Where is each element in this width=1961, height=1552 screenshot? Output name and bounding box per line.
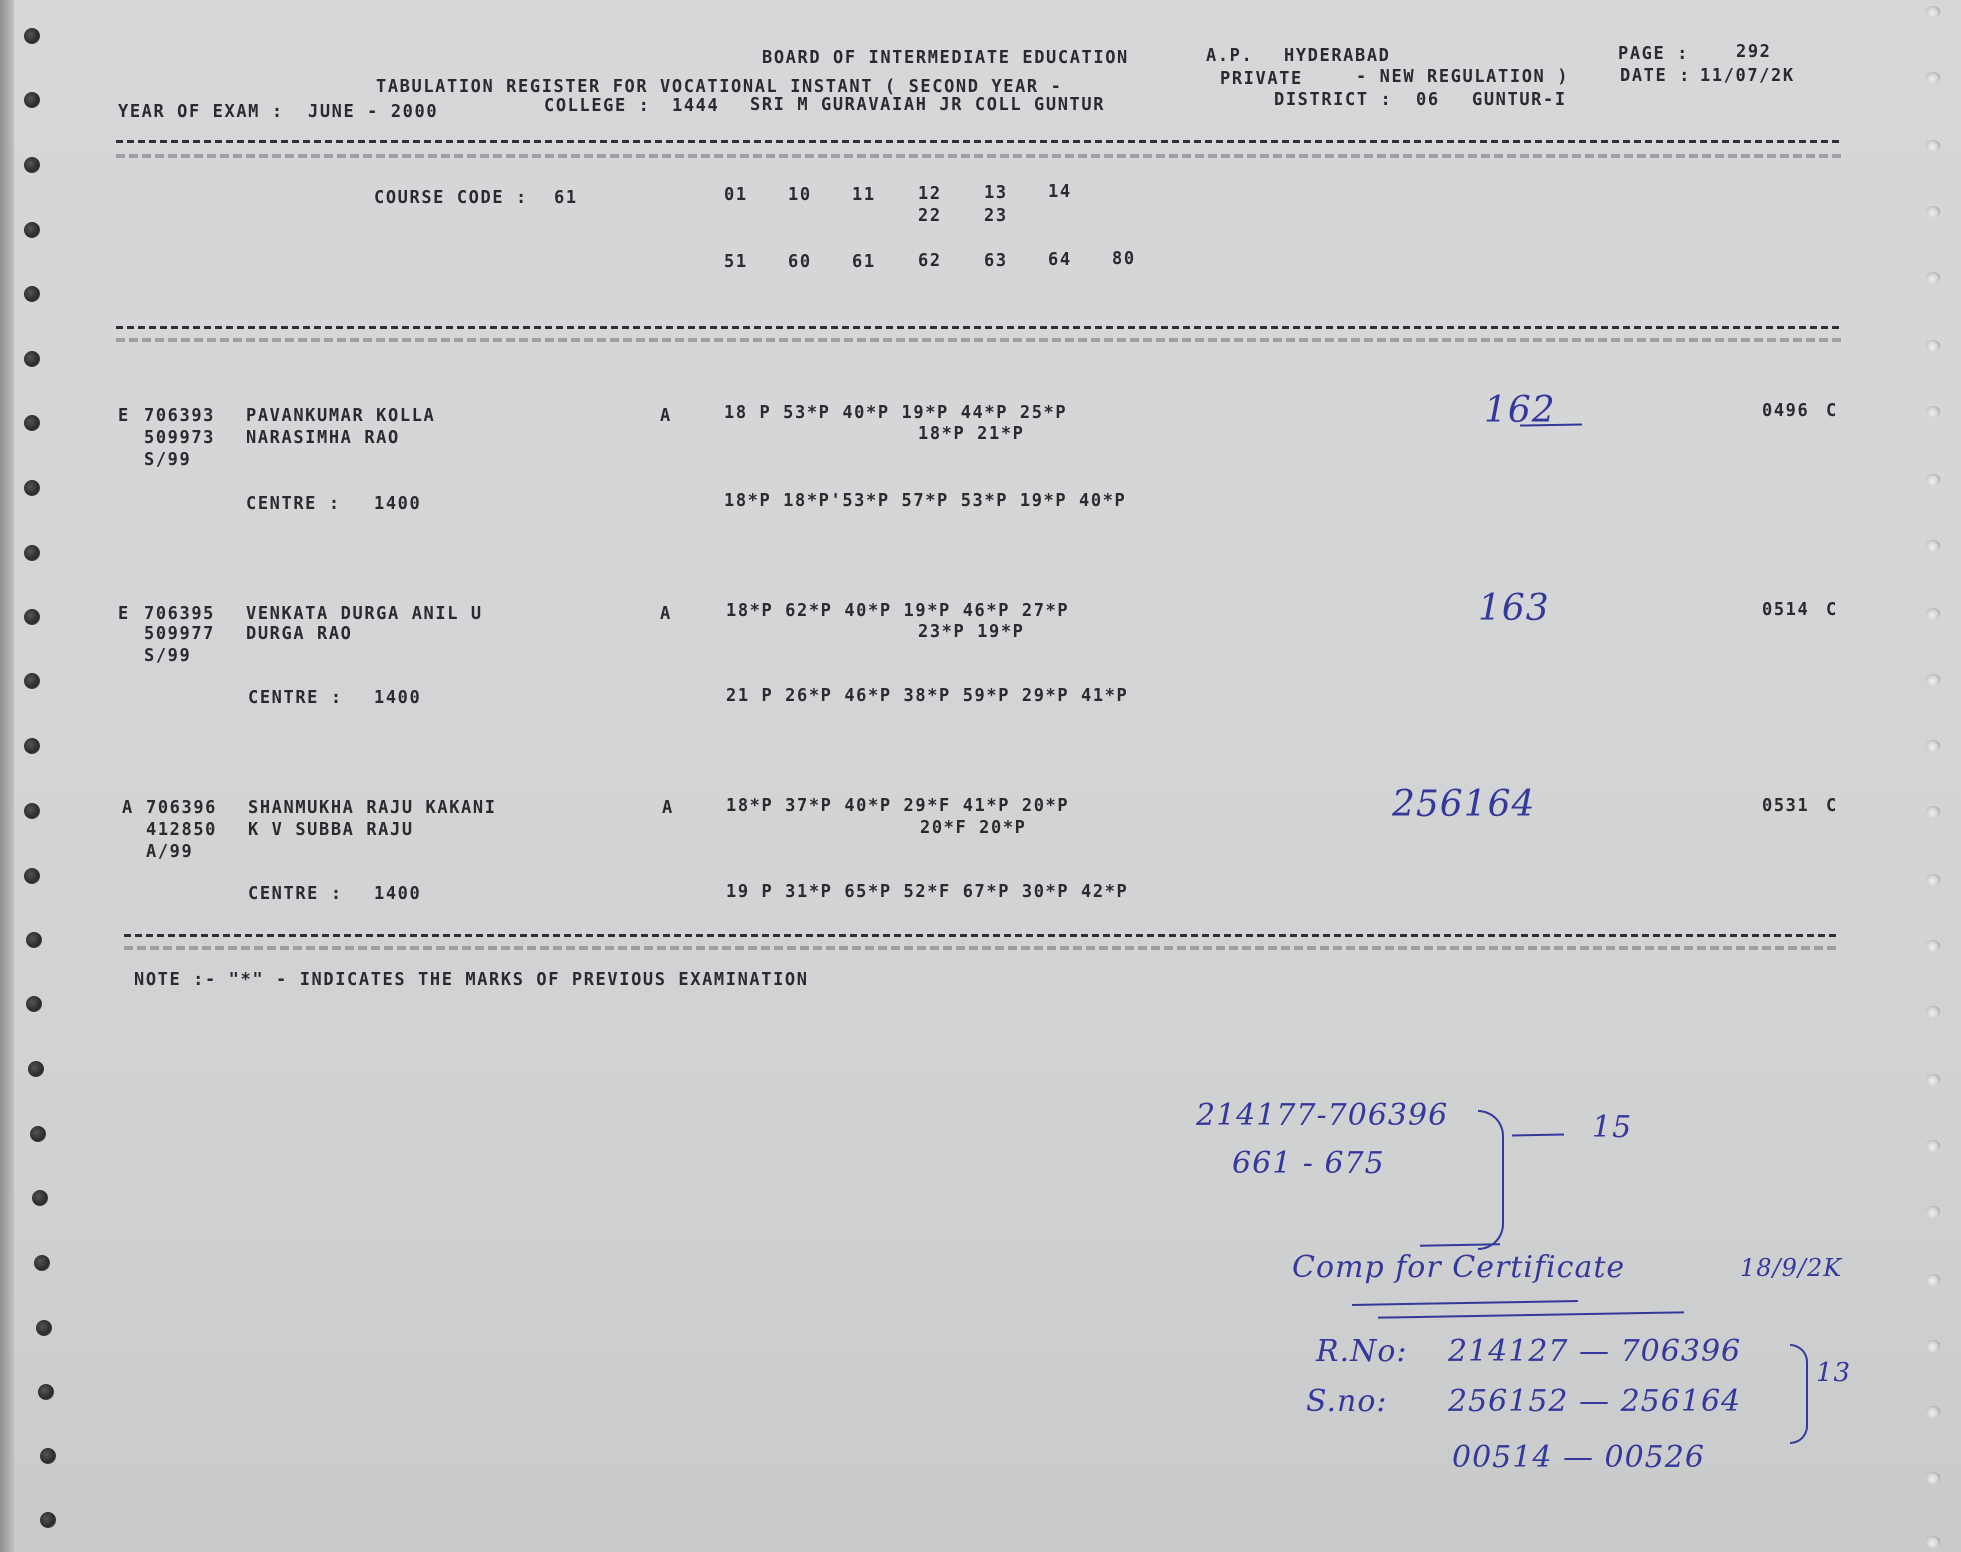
divider-line-ghost	[116, 338, 1842, 342]
subject-code: 12	[918, 184, 942, 205]
tractor-hole-icon	[1926, 1140, 1940, 1152]
left-tractor-edge	[0, 0, 14, 1552]
handwritten-underline	[1352, 1300, 1578, 1306]
grade: A	[660, 604, 672, 625]
marks-row: 18*P 18*P'53*P 57*P 53*P 19*P 40*P	[724, 491, 1126, 512]
handwritten-count: 15	[1592, 1110, 1632, 1145]
subject-code: 14	[1048, 182, 1072, 203]
registration-number: 412850	[146, 820, 217, 841]
centre-label: CENTRE :	[248, 884, 343, 905]
city-name: HYDERABAD	[1284, 46, 1391, 67]
marks-row: 21 P 26*P 46*P 38*P 59*P 29*P 41*P	[726, 686, 1128, 707]
district-label: DISTRICT :	[1274, 90, 1392, 111]
print-date: 11/07/2K	[1700, 66, 1795, 87]
divider-line	[116, 140, 1842, 143]
subject-code: 13	[984, 183, 1008, 204]
roll-prefix: E	[118, 406, 130, 427]
marks-row: 19 P 31*P 65*P 52*F 67*P 30*P 42*P	[726, 882, 1128, 903]
marks-row: 18*P 62*P 40*P 19*P 46*P 27*P	[726, 601, 1069, 622]
subject-code: 10	[788, 185, 812, 206]
tractor-hole-icon	[1926, 140, 1940, 152]
session: S/99	[144, 450, 191, 471]
roll-number: 706395	[144, 604, 215, 625]
tractor-hole-icon	[24, 415, 40, 431]
father-name: K V SUBBA RAJU	[248, 820, 414, 841]
tractor-hole-icon	[24, 545, 40, 561]
year-of-exam: JUNE - 2000	[308, 102, 438, 123]
tractor-hole-icon	[1926, 1472, 1940, 1484]
divider-line	[124, 934, 1840, 937]
tractor-hole-icon	[1926, 1074, 1940, 1086]
subject-code: 63	[984, 251, 1008, 272]
sno-label: S.no:	[1306, 1384, 1388, 1419]
tractor-hole-icon	[24, 351, 40, 367]
handwritten-serial: 163	[1478, 588, 1550, 629]
subject-code: 23	[984, 206, 1008, 227]
marks-row: 20*F 20*P	[920, 818, 1027, 839]
tractor-hole-icon	[28, 1061, 44, 1077]
category: PRIVATE	[1220, 69, 1303, 90]
handwritten-remark: Comp for Certificate	[1292, 1250, 1625, 1285]
centre-code: 1400	[374, 494, 421, 515]
footer-note: NOTE :- "*" - INDICATES THE MARKS OF PRE…	[134, 970, 809, 991]
page-label: PAGE :	[1618, 44, 1689, 65]
rno-range: 214127 — 706396	[1448, 1334, 1741, 1369]
handwritten-underline	[1378, 1311, 1684, 1318]
subject-code: 61	[852, 252, 876, 273]
roll-number: 706393	[144, 406, 215, 427]
tractor-hole-icon	[24, 673, 40, 689]
registration-number: 509977	[144, 624, 215, 645]
tractor-hole-icon	[32, 1190, 48, 1206]
father-name: NARASIMHA RAO	[246, 428, 400, 449]
college-code: 1444	[672, 96, 719, 117]
tractor-hole-icon	[1926, 540, 1940, 552]
tractor-hole-icon	[40, 1448, 56, 1464]
tractor-hole-icon	[26, 932, 42, 948]
subject-code: 01	[724, 185, 748, 206]
tractor-hole-icon	[24, 609, 40, 625]
tractor-hole-icon	[1926, 6, 1940, 18]
centre-label: CENTRE :	[248, 688, 343, 709]
tractor-hole-icon	[24, 28, 40, 44]
year-of-exam-label: YEAR OF EXAM :	[118, 102, 284, 123]
subject-code: 60	[788, 252, 812, 273]
tractor-hole-icon	[30, 1126, 46, 1142]
father-name: DURGA RAO	[246, 624, 353, 645]
district-code: 06	[1416, 90, 1440, 111]
tractor-hole-icon	[1926, 1406, 1940, 1418]
centre-code: 1400	[374, 884, 421, 905]
student-name: SHANMUKHA RAJU KAKANI	[248, 798, 497, 819]
student-name: PAVANKUMAR KOLLA	[246, 406, 435, 427]
roll-number: 706396	[146, 798, 217, 819]
tractor-hole-icon	[26, 996, 42, 1012]
tractor-hole-icon	[1926, 72, 1940, 84]
sno-range: 256152 — 256164	[1448, 1384, 1741, 1419]
tractor-hole-icon	[38, 1384, 54, 1400]
total-marks: 0531	[1762, 796, 1809, 817]
board-name: BOARD OF INTERMEDIATE EDUCATION	[762, 48, 1129, 69]
handwritten-brace-icon	[1478, 1110, 1504, 1250]
date-label: DATE :	[1620, 66, 1691, 87]
handwritten-date: 18/9/2K	[1740, 1254, 1842, 1282]
state-name: A.P.	[1206, 46, 1253, 67]
tractor-hole-icon	[1926, 206, 1940, 218]
tractor-hole-icon	[1926, 1206, 1940, 1218]
tractor-hole-icon	[40, 1512, 56, 1528]
subject-code: 11	[852, 185, 876, 206]
marks-row: 18 P 53*P 40*P 19*P 44*P 25*P	[724, 403, 1067, 424]
registration-number: 509973	[144, 428, 215, 449]
roll-prefix: E	[118, 604, 130, 625]
tractor-hole-icon	[36, 1320, 52, 1336]
tractor-hole-icon	[1926, 608, 1940, 620]
handwritten-dash	[1512, 1134, 1564, 1137]
handwritten-serial: 256164	[1392, 784, 1535, 825]
marks-row: 18*P 21*P	[918, 424, 1025, 445]
tractor-hole-icon	[24, 803, 40, 819]
grade: A	[660, 406, 672, 427]
tractor-hole-icon	[1926, 940, 1940, 952]
centre-code: 1400	[374, 688, 421, 709]
marks-row: 18*P 37*P 40*P 29*F 41*P 20*P	[726, 796, 1069, 817]
tractor-hole-icon	[1926, 406, 1940, 418]
centre-label: CENTRE :	[246, 494, 341, 515]
tractor-hole-icon	[1926, 1536, 1940, 1548]
tractor-hole-icon	[24, 480, 40, 496]
divider-line	[116, 326, 1842, 329]
subject-code: 22	[918, 206, 942, 227]
tractor-hole-icon	[1926, 674, 1940, 686]
college-name: SRI M GURAVAIAH JR COLL GUNTUR	[750, 95, 1105, 116]
tractor-hole-icon	[1926, 874, 1940, 886]
tractor-hole-icon	[1926, 474, 1940, 486]
roll-prefix: A	[122, 798, 134, 819]
course-code-label: COURSE CODE :	[374, 188, 528, 209]
tractor-hole-icon	[1926, 340, 1940, 352]
subject-code: 62	[918, 251, 942, 272]
session: A/99	[146, 842, 193, 863]
tractor-hole-icon	[1926, 1274, 1940, 1286]
handwritten-range: 214177-706396	[1196, 1098, 1448, 1133]
total-marks: 0514	[1762, 600, 1809, 621]
result-class: C	[1826, 401, 1838, 422]
session: S/99	[144, 646, 191, 667]
handwritten-range: 661 - 675	[1232, 1146, 1385, 1181]
tractor-hole-icon	[1926, 740, 1940, 752]
tractor-hole-icon	[24, 738, 40, 754]
tabulation-register-page: BOARD OF INTERMEDIATE EDUCATION A.P. HYD…	[0, 0, 1961, 1552]
tractor-hole-icon	[1926, 1340, 1940, 1352]
tractor-hole-icon	[1926, 1006, 1940, 1018]
tractor-hole-icon	[24, 222, 40, 238]
tractor-hole-icon	[34, 1255, 50, 1271]
student-name: VENKATA DURGA ANIL U	[246, 604, 483, 625]
tractor-hole-icon	[24, 157, 40, 173]
rno-label: R.No:	[1316, 1334, 1408, 1369]
grade: A	[662, 798, 674, 819]
tractor-hole-icon	[1926, 806, 1940, 818]
tractor-hole-icon	[24, 92, 40, 108]
divider-line-ghost	[116, 154, 1842, 158]
total-marks: 0496	[1762, 401, 1809, 422]
regulation: - NEW REGULATION )	[1356, 67, 1569, 88]
page-number: 292	[1736, 42, 1772, 63]
district-name: GUNTUR-I	[1472, 90, 1567, 111]
college-label: COLLEGE :	[544, 96, 651, 117]
tractor-hole-icon	[1926, 272, 1940, 284]
extra-range: 00514 — 00526	[1452, 1440, 1705, 1475]
result-class: C	[1826, 796, 1838, 817]
handwritten-brace-icon	[1790, 1344, 1808, 1444]
tractor-hole-icon	[24, 868, 40, 884]
tractor-hole-icon	[24, 286, 40, 302]
marks-row: 23*P 19*P	[918, 622, 1025, 643]
subject-code: 80	[1112, 249, 1136, 270]
divider-line-ghost	[124, 946, 1840, 950]
subject-code: 64	[1048, 250, 1072, 271]
handwritten-total-count: 13	[1816, 1358, 1851, 1388]
result-class: C	[1826, 600, 1838, 621]
course-code: 61	[554, 188, 578, 209]
subject-code: 51	[724, 252, 748, 273]
